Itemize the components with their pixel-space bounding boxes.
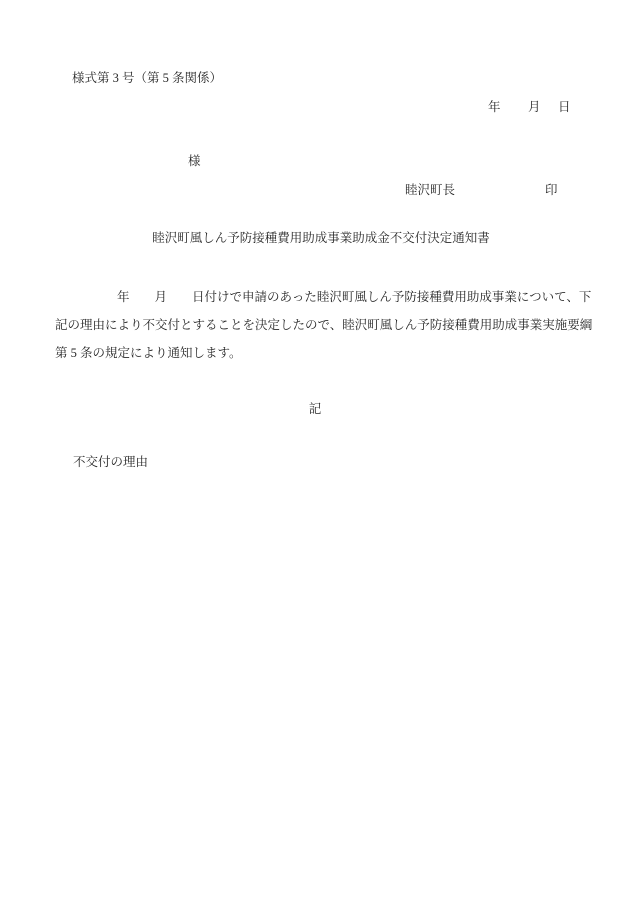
reason-heading: 不交付の理由 [73, 455, 148, 469]
recipient-honorific: 様 [188, 154, 201, 168]
date-line: 年 月 日 [0, 100, 630, 114]
seal-mark: 印 [545, 183, 558, 197]
sender-line: 睦沢町長 印 [0, 183, 630, 197]
record-marker: 記 [0, 402, 630, 416]
body-line-1: 年 月 日付けで申請のあった睦沢町風しん予防接種費用助成事業について、下 [55, 290, 591, 304]
body-line-3: 第 5 条の規定により通知します。 [55, 346, 242, 360]
body-line-2: 記の理由により不交付とすることを決定したので、睦沢町風しん予防接種費用助成事業実… [55, 318, 592, 332]
document-page: 様式第 3 号（第 5 条関係） 年 月 日 様 睦沢町長 印 睦沢町風しん予防… [0, 0, 630, 915]
date-month-label: 月 [528, 100, 541, 114]
date-year-label: 年 [488, 100, 501, 114]
form-number: 様式第 3 号（第 5 条関係） [72, 71, 222, 85]
date-day-label: 日 [558, 100, 571, 114]
sender-title: 睦沢町長 [405, 183, 455, 197]
document-title: 睦沢町風しん予防接種費用助成事業助成金不交付決定通知書 [0, 231, 630, 245]
